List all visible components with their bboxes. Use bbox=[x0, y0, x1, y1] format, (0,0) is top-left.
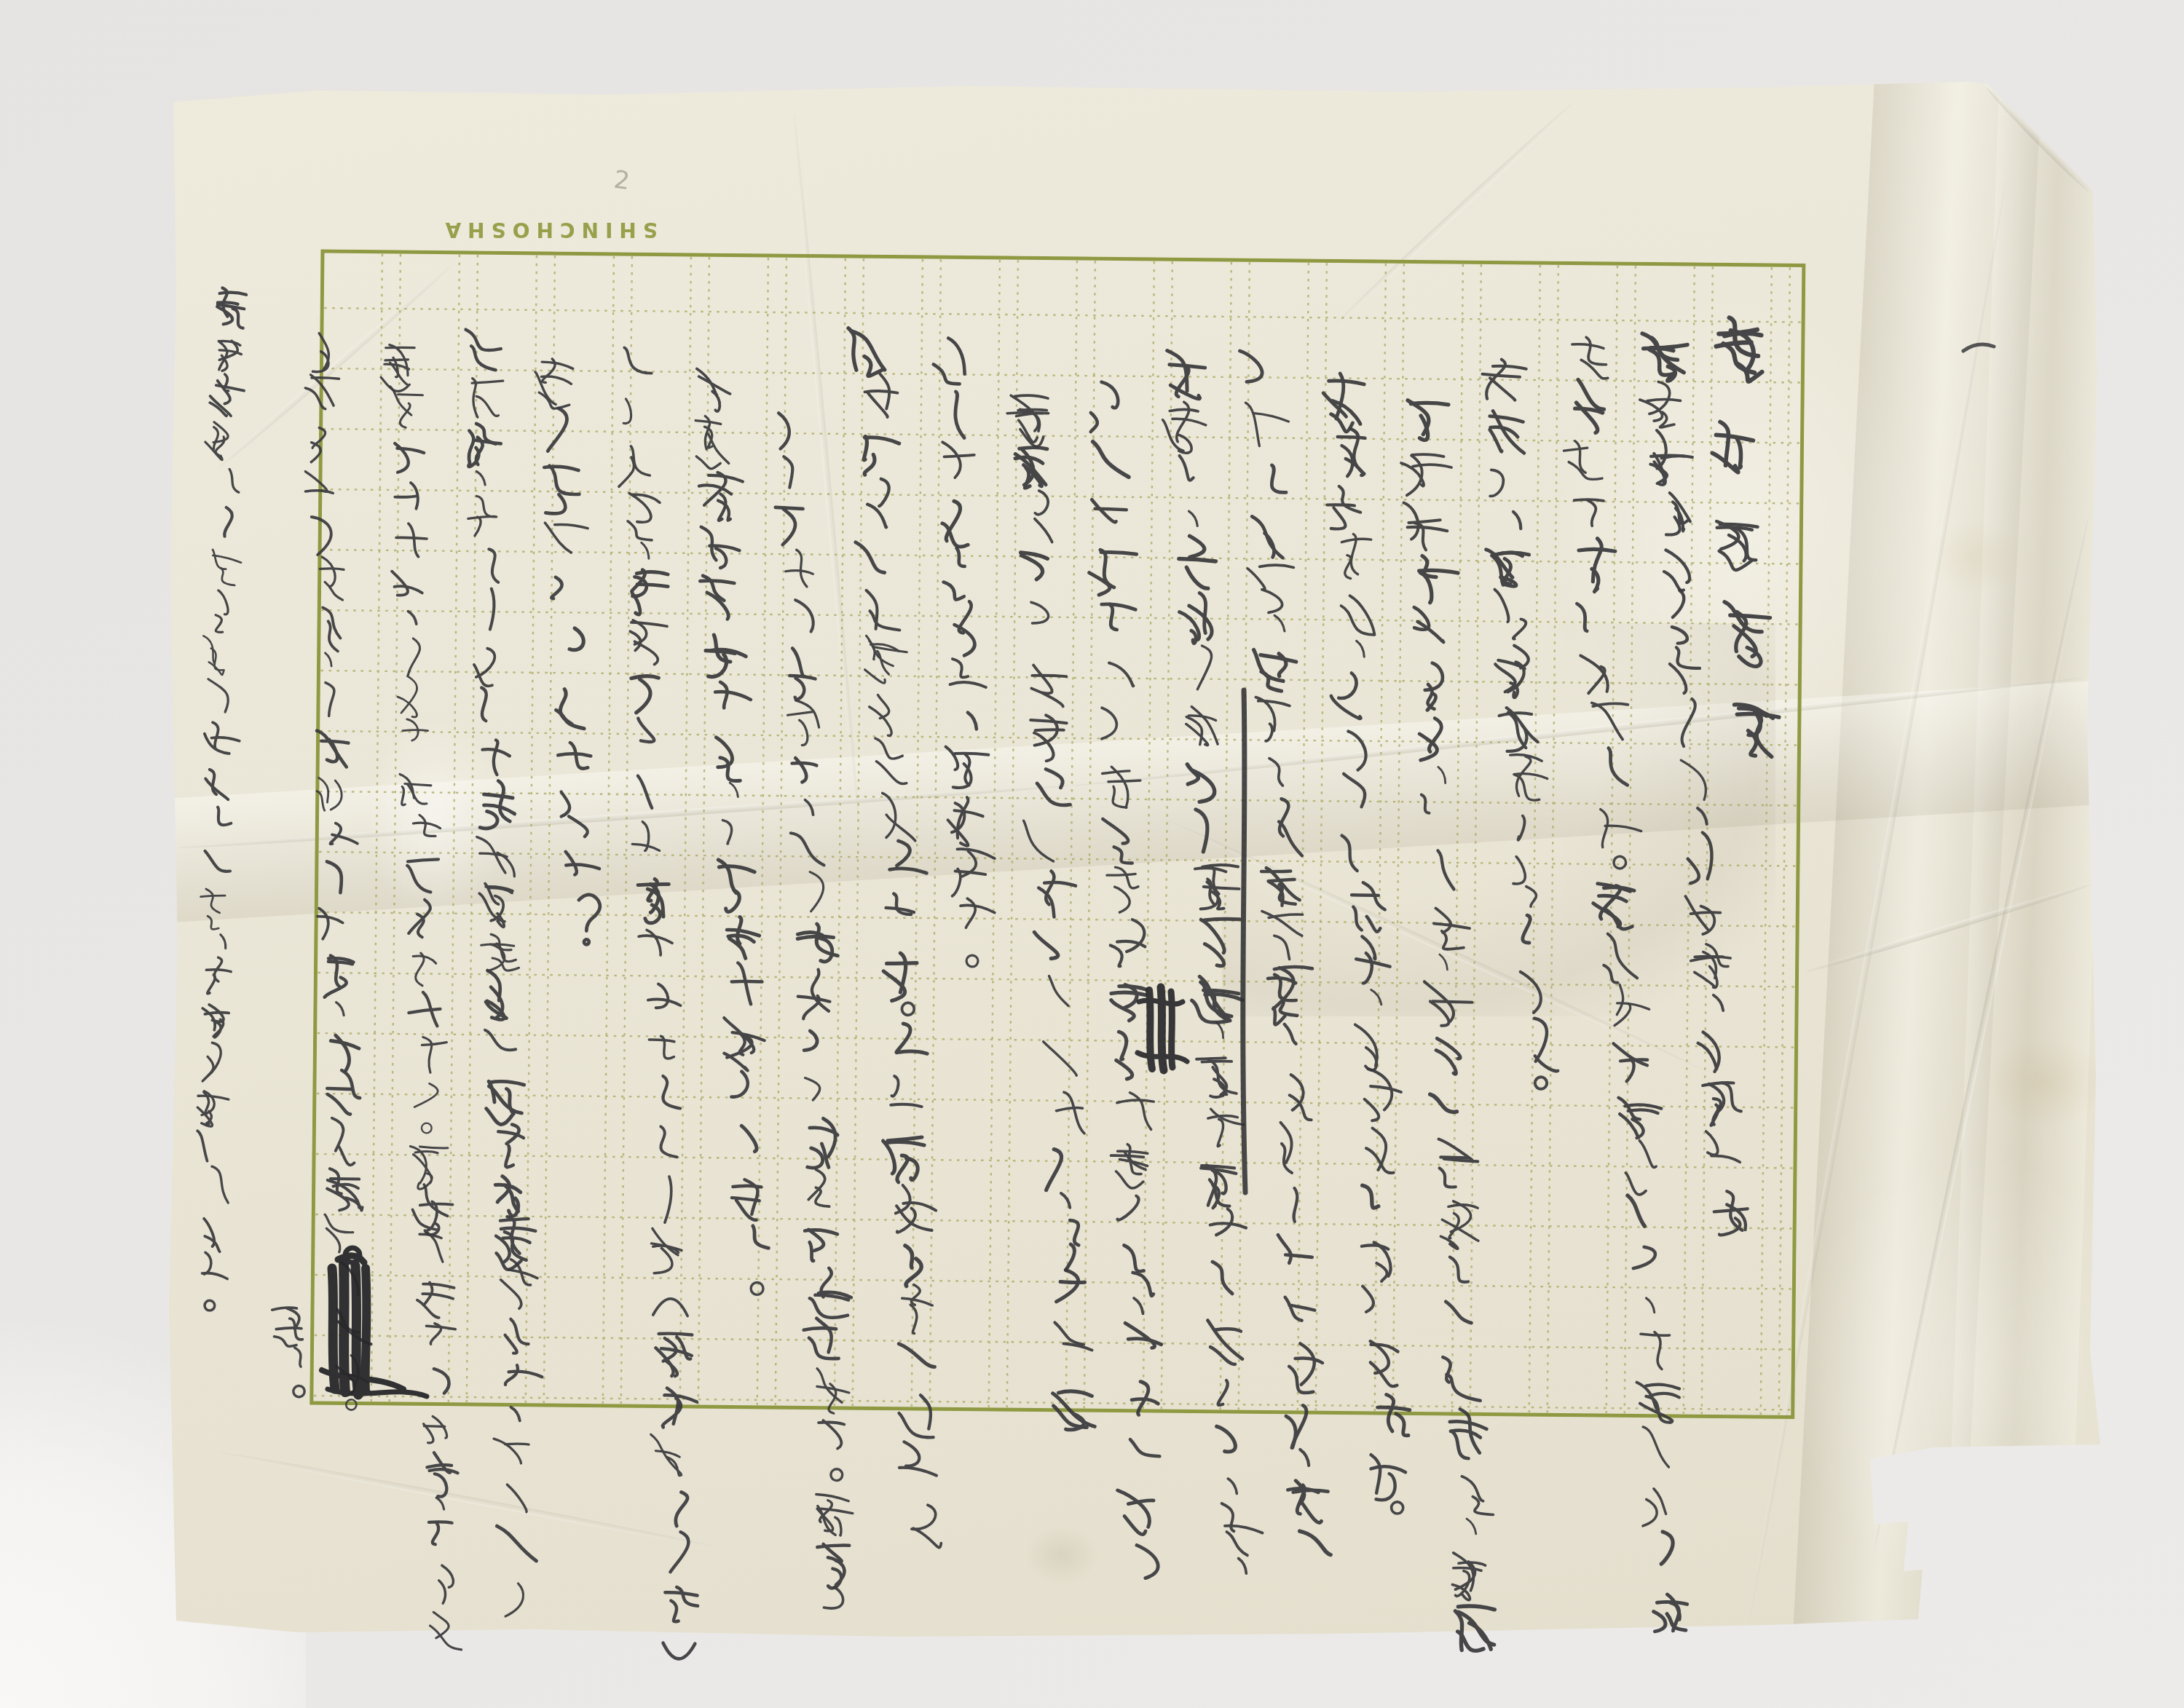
letterhead-shinchosha-text: SHINCHOSHA bbox=[344, 218, 658, 242]
crease-line bbox=[218, 1449, 714, 1550]
crease-line bbox=[1872, 516, 2092, 1548]
stain bbox=[1928, 521, 2023, 594]
photo-of-letter: SHINCHOSHA 2 bbox=[0, 0, 2184, 1708]
ink-tick-mark bbox=[1960, 339, 1998, 357]
deletion-strike-line bbox=[1237, 690, 1254, 1200]
crease-line bbox=[1805, 882, 2092, 975]
pencil-number-annotation: 2 bbox=[612, 165, 631, 196]
stain bbox=[1025, 1526, 1098, 1584]
manuscript-grid bbox=[310, 249, 1806, 1420]
redaction-scribble-large bbox=[318, 1246, 390, 1399]
fold-shade bbox=[1792, 66, 2042, 1650]
redaction-scribble-small bbox=[1133, 980, 1184, 1075]
stain bbox=[1987, 1038, 2103, 1126]
letter-sheet: SHINCHOSHA 2 bbox=[166, 70, 2100, 1647]
